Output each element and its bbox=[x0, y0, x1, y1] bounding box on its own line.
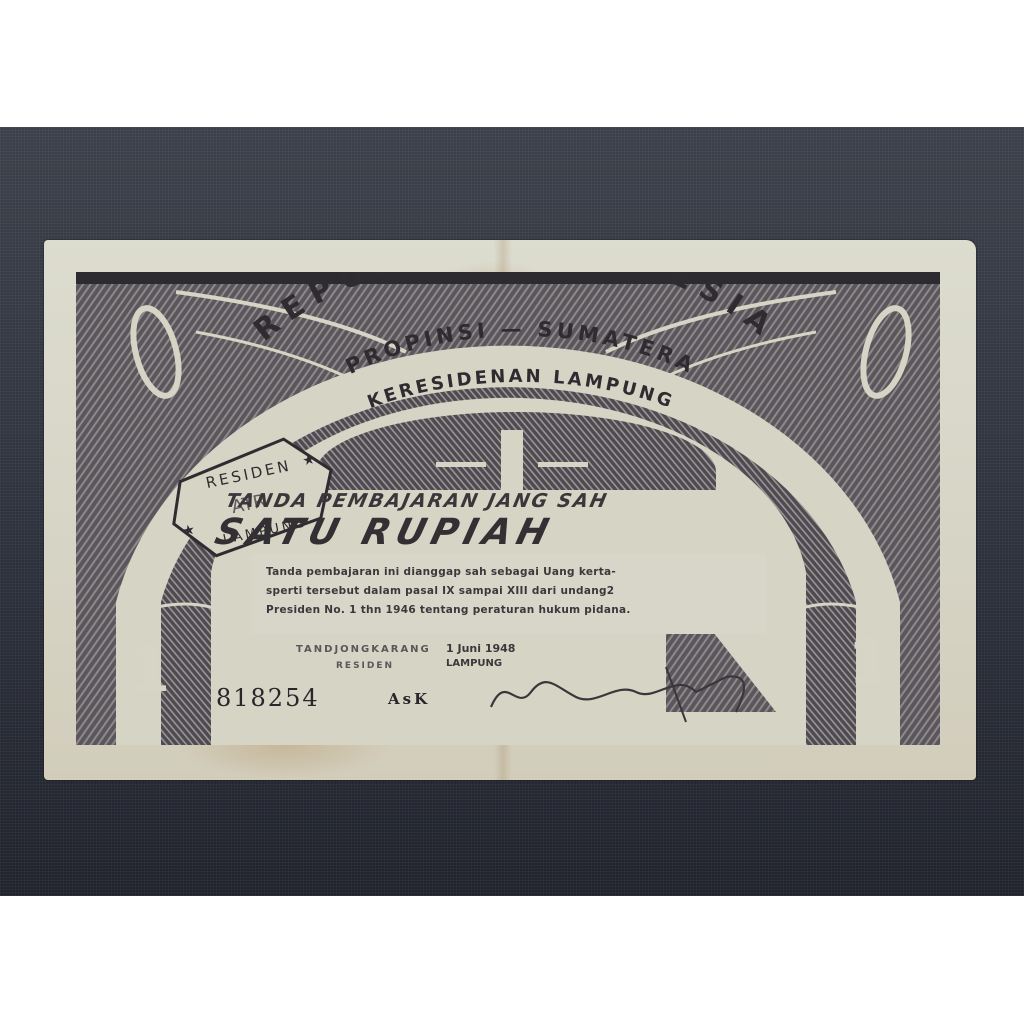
place-subline: RESIDEN bbox=[336, 661, 394, 671]
serial-number: 818254 bbox=[216, 684, 320, 712]
legal-line-2: sperti tersebut dalam pasal IX sampai XI… bbox=[266, 585, 614, 597]
printed-area: REPUBLIK INDONESIA PROPINSI — SUMATERA K… bbox=[76, 272, 940, 745]
banknote: REPUBLIK INDONESIA PROPINSI — SUMATERA K… bbox=[44, 240, 976, 780]
issue-date: 1 Juni 1948 bbox=[446, 642, 515, 655]
place-line: TANDJONGKARANG bbox=[296, 644, 431, 655]
signer-title: LAMPUNG bbox=[446, 658, 502, 669]
value-text: SATU RUPIAH bbox=[211, 512, 559, 553]
denomination-right: 1 bbox=[848, 624, 891, 697]
denomination-left: 1 bbox=[128, 632, 171, 705]
legal-line-1: Tanda pembajaran ini dianggap sah sebaga… bbox=[266, 566, 616, 578]
series-code: AsK bbox=[388, 690, 430, 708]
legal-line-3: Presiden No. 1 thn 1946 tentang peratura… bbox=[266, 604, 631, 616]
caption-text: TANDA PEMBAJARAN JANG SAH bbox=[224, 490, 611, 512]
